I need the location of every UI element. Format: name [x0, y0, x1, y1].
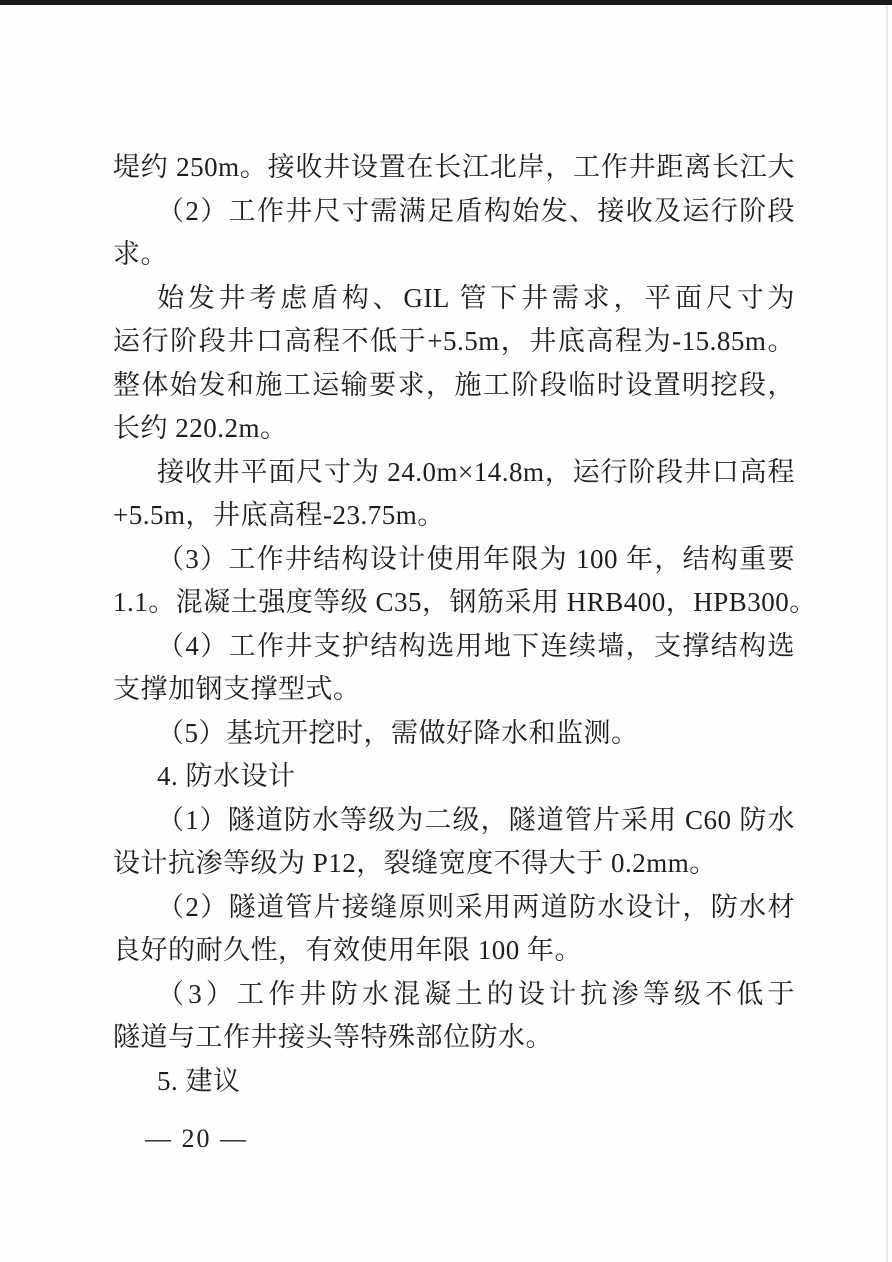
text-line: （4）工作井支护结构选用地下连续墙，支撑结构选用钢筋砼 [113, 625, 795, 669]
text-line: 整体始发和施工运输要求，施工阶段临时设置明挖段，明挖段总 [113, 364, 795, 408]
scanned-document-page: 堤约 250m。接收井设置在长江北岸，工作井距离长江大堤约 227m。 （2）工… [0, 0, 892, 1262]
text-line: 设计抗渗等级为 P12，裂缝宽度不得大于 0.2mm。 [113, 842, 795, 886]
text-line: +5.5m，井底高程-23.75m。 [113, 494, 795, 538]
document-body: 堤约 250m。接收井设置在长江北岸，工作井距离长江大堤约 227m。 （2）工… [113, 146, 795, 1103]
text-line: 堤约 250m。接收井设置在长江北岸，工作井距离长江大堤约 227m。 [113, 146, 795, 190]
text-line: 隧道与工作井接头等特殊部位防水。 [113, 1016, 795, 1060]
text-line: 1.1。混凝土强度等级 C35，钢筋采用 HRB400，HPB300。 [113, 581, 795, 625]
text-line: （1）隧道防水等级为二级，隧道管片采用 C60 防水混凝土， [113, 799, 795, 843]
text-line: 运行阶段井口高程不低于+5.5m，井底高程为-15.85m。同时考虑 [113, 320, 795, 364]
text-line: （3）工作井防水混凝土的设计抗渗等级不低于 P10，应加强 [113, 973, 795, 1017]
page-number: — 20 — [145, 1122, 248, 1156]
text-line: 求。 [113, 233, 795, 277]
text-line: 长约 220.2m。 [113, 407, 795, 451]
text-line: 良好的耐久性，有效使用年限 100 年。 [113, 929, 795, 973]
text-line: 支撑加钢支撑型式。 [113, 668, 795, 712]
text-line: （5）基坑开挖时，需做好降水和监测。 [113, 712, 795, 756]
text-line: 5. 建议 [113, 1060, 795, 1104]
scan-edge-top [0, 0, 892, 5]
text-line: （3）工作井结构设计使用年限为 100 年，结构重要性系数取 [113, 538, 795, 582]
scan-edge-right [886, 5, 888, 1262]
text-line: 4. 防水设计 [113, 755, 795, 799]
text-line: 接收井平面尺寸为 24.0m×14.8m，运行阶段井口高程不低于 [113, 451, 795, 495]
text-line: 始发井考虑盾构、GIL 管下井需求，平面尺寸为 26.0m×15.6m， [113, 277, 795, 321]
text-line: （2）工作井尺寸需满足盾构始发、接收及运行阶段的功能需 [113, 190, 795, 234]
text-line: （2）隧道管片接缝原则采用两道防水设计，防水材料应具有 [113, 886, 795, 930]
